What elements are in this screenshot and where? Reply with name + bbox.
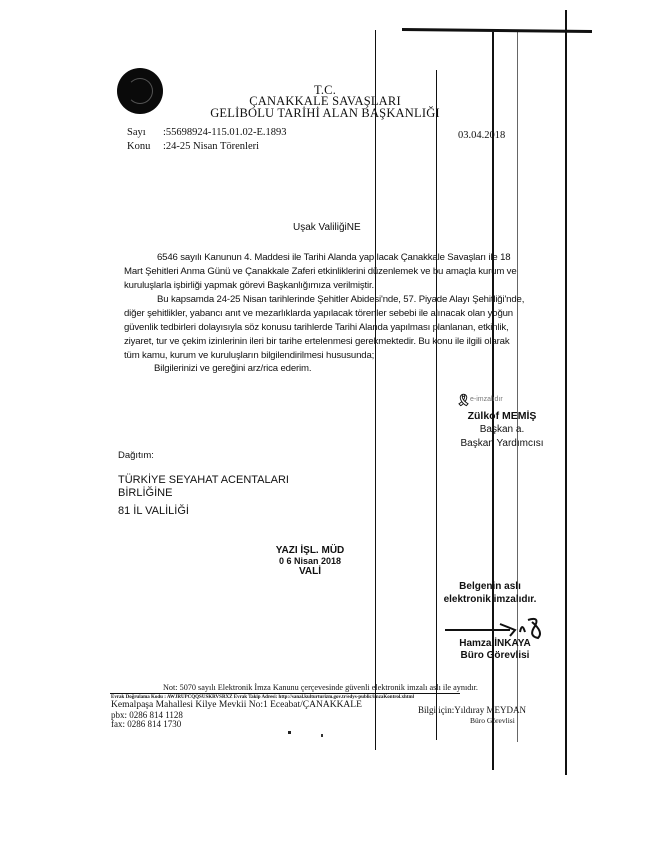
signatory-title1: Başkan a.	[452, 424, 552, 435]
sayi-label: Sayı	[127, 127, 146, 138]
header-line3: GELİBOLU TARİHİ ALAN BAŞKANLIĞI	[200, 107, 450, 120]
distribution-item: TÜRKİYE SEYAHAT ACENTALARI	[118, 474, 289, 486]
body-p2-l1: Bu kapsamda 24-25 Nisan tarihlerinde Şeh…	[157, 293, 524, 307]
emblem-logo	[117, 68, 163, 114]
footer-fax: fax: 0286 814 1730	[111, 720, 181, 730]
scan-line	[402, 28, 592, 33]
e-signed-label: e-imzalıdır	[470, 396, 503, 403]
distribution-label: Dağıtım:	[118, 450, 154, 461]
scan-line	[375, 30, 376, 750]
scan-speck	[288, 731, 291, 734]
signatory-title2: Başkan Yardımcısı	[446, 438, 558, 449]
e-signature-icon: 🎗	[456, 393, 471, 407]
stamp-line1: YAZI İŞL. MÜD	[270, 545, 350, 556]
body-p1-l1: 6546 sayılı Kanunun 4. Maddesi ile Tarih…	[157, 251, 510, 265]
recipient: Uşak ValiliğiNE	[293, 222, 361, 233]
body-p2-l2: diğer şehitlikler, yabancı anıt ve mezar…	[124, 307, 513, 321]
signatory-name: Zülkof MEMİŞ	[452, 410, 552, 422]
footer-info: Bilgi için:Yıldıray MEYDAN	[418, 706, 526, 716]
konu-value: :24-25 Nisan Törenleri	[163, 141, 259, 152]
footer-divider	[110, 693, 460, 694]
cert-title: Büro Görevlisi	[440, 650, 550, 661]
body-p1-l2: Mart Şehitleri Anma Günü ve Çanakkale Za…	[124, 265, 517, 279]
scan-line	[565, 10, 567, 775]
cert-line1: Belgenin aslı	[430, 581, 550, 592]
cert-line2: elektronik imzalıdır.	[425, 594, 555, 605]
document-date: 03.04.2018	[458, 130, 505, 141]
footer-note: Not: 5070 sayılı Elektronik İmza Kanunu …	[163, 683, 478, 692]
sayi-value: :55698924-115.01.02-E.1893	[163, 127, 287, 138]
cert-name: Hamza İNKAYA	[440, 638, 550, 649]
footer-info-title: Büro Görevlisi	[470, 716, 515, 726]
body-p2-l5: tüm kamu, kurum ve kuruluşların bilgilen…	[124, 349, 374, 363]
scan-speck	[321, 734, 323, 737]
body-p3: Bilgilerinizi ve gereğini arz/rica ederi…	[154, 362, 311, 376]
body-p1-l3: kuruluşlarla işbirliği yapmak görevi Baş…	[124, 279, 374, 293]
scan-line	[436, 70, 437, 740]
body-p2-l4: ziyaret, tur ve çekim izinlerinin ileri …	[124, 335, 510, 349]
distribution-item: 81 İL VALİLİĞİ	[118, 505, 189, 517]
distribution-item: BİRLİĞİNE	[118, 487, 172, 499]
konu-label: Konu	[127, 141, 150, 152]
body-p2-l3: güvenlik tedbirleri dolayısıyla söz konu…	[124, 321, 509, 335]
stamp-line3: VALİ	[270, 566, 350, 577]
stamp-date: 0 6 Nisan 2018	[270, 556, 350, 566]
